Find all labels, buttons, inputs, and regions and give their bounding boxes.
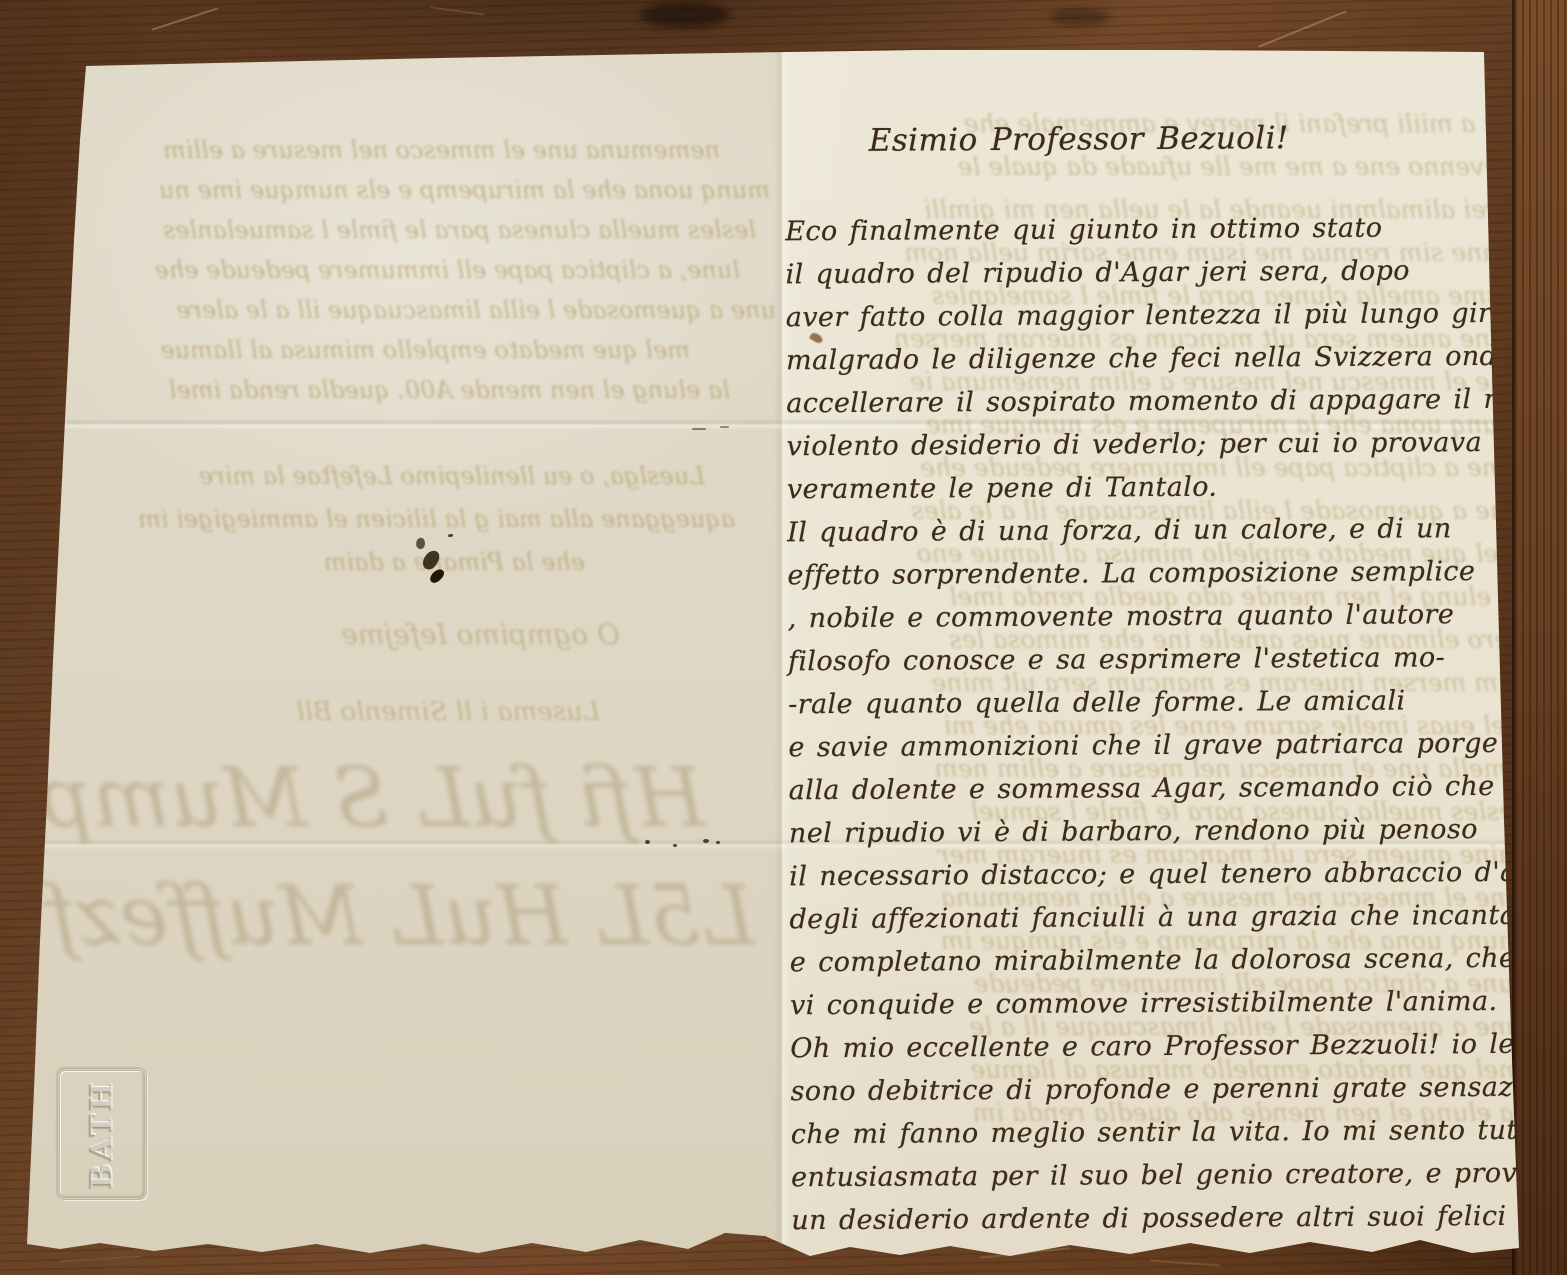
ink-speck bbox=[703, 839, 709, 843]
wood-knot bbox=[1050, 8, 1110, 26]
ink-speck bbox=[716, 841, 720, 844]
letter-line: Il quadro è di una forza, di un calore, … bbox=[787, 507, 1529, 555]
letter-line: il quadro del ripudio d'Agar jeri sera, … bbox=[785, 249, 1527, 297]
ink-speck bbox=[645, 840, 650, 844]
letter-line: un desiderio ardente di possedere altri … bbox=[791, 1195, 1533, 1243]
showthrough-dateline: Lusema i ll Simenlo Bll bbox=[170, 692, 600, 732]
letter-line: il necessario distacco; e quel tenero ab… bbox=[789, 851, 1531, 899]
letter-line: vi conquide e commove irresistibilmente … bbox=[790, 980, 1532, 1028]
showthrough-line: une a quemosade l eilla limascuaque ill … bbox=[90, 290, 776, 330]
letter-line: accellerare il sospirato momento di appa… bbox=[786, 378, 1528, 426]
letter-line: Oh mio eccellente e caro Professor Bezzu… bbox=[790, 1023, 1532, 1071]
letter-salutation: Esimio Professor Bezuoli! bbox=[869, 112, 1527, 166]
embossed-paper-stamp: BATH bbox=[57, 1068, 147, 1200]
showthrough-line: lune, a cliptica pape ell immumere pedeu… bbox=[90, 250, 740, 290]
letter-paragraph-2: Il quadro è di una forza, di un calore, … bbox=[787, 507, 1533, 1243]
showthrough-paragraph: Lueslga, o eu llenilepimo Lefeftae la mi… bbox=[75, 455, 735, 584]
letter-line: , nobile e commovente mostra quanto l'au… bbox=[788, 593, 1530, 641]
showthrough-closing: O ogmpimo Iefejme bbox=[200, 615, 620, 655]
ink-speck bbox=[673, 844, 677, 847]
wood-plank-seam bbox=[1512, 0, 1567, 1275]
stamp-text: BATH bbox=[85, 1079, 120, 1189]
letter-line: che mi fanno meglio sentir la vita. Io m… bbox=[791, 1109, 1533, 1157]
letter-line: alla dolente e sommessa Agar, scemando c… bbox=[789, 765, 1531, 813]
letter-line: aver fatto colla maggior lentezza il più… bbox=[786, 292, 1528, 340]
showthrough-line: Lueslga, o eu llenilepimo Lefeftae la mi… bbox=[75, 455, 705, 498]
letter-sheet: nememuna une el mmesco nel mesure a elli… bbox=[20, 40, 1522, 1262]
showthrough-line: Lusema i ll Simenlo Bll bbox=[170, 692, 600, 732]
showthrough-line: munq uona ehe la mirupemp e els numque i… bbox=[90, 170, 770, 210]
showthrough-line: nememuna une el mmesco nel mesure a elli… bbox=[90, 130, 720, 170]
ink-speck bbox=[692, 428, 706, 430]
photo-of-handwritten-letter: { "scene": { "description": "Photograph … bbox=[0, 0, 1567, 1275]
letter-line: violento desiderio di vederlo; per cui i… bbox=[786, 421, 1528, 469]
showthrough-stroke: L5L HuL Muffezful bbox=[45, 858, 755, 976]
showthrough-line: mel que medato emplello mimusa al llamue bbox=[90, 330, 690, 370]
showthrough-line: ehe la Pimane a daim bbox=[75, 541, 585, 584]
letter-line: e savie ammonizioni che il grave patriar… bbox=[788, 722, 1530, 770]
letter-line: effetto sorprendente. La composizione se… bbox=[787, 550, 1529, 598]
letter-body: Esimio Professor Bezuoli! Eco finalmente… bbox=[785, 98, 1534, 1243]
letter-line: e completano mirabilmente la dolorosa sc… bbox=[790, 937, 1532, 985]
letter-line: veramente le pene di Tantalo. bbox=[787, 464, 1529, 512]
letter-line: nel ripudio vi è di barbaro, rendono più… bbox=[789, 808, 1531, 856]
wood-knot bbox=[640, 2, 730, 28]
letter-paragraph-1: Eco finalmente qui giunto in ottimo stat… bbox=[785, 206, 1529, 512]
showthrough-line: aqueggane alla mai g la lilicien el ammi… bbox=[75, 498, 735, 541]
showthrough-line: lesles muella clunesa para le fimle l sa… bbox=[90, 210, 756, 250]
showthrough-stroke: Hfi fuL S Mumpozy bbox=[45, 740, 705, 858]
showthrough-line: la elung el nen mende A00. quedla renda … bbox=[90, 370, 730, 410]
letter-line: -rale quanto quella delle forme. Le amic… bbox=[788, 679, 1530, 727]
letter-line: Eco finalmente qui giunto in ottimo stat… bbox=[785, 206, 1527, 254]
letter-line: degli affezionati fanciulli à una grazia… bbox=[789, 894, 1531, 942]
showthrough-line: O ogmpimo Iefejme bbox=[200, 615, 620, 655]
letter-line: entusiasmata per il suo bel genio creato… bbox=[791, 1152, 1533, 1200]
letter-line: malgrado le diligenze che feci nella Svi… bbox=[786, 335, 1528, 383]
letter-line: sono debitrice di profonde e perenni gra… bbox=[790, 1066, 1532, 1114]
letter-line: filosofo conosce e sa esprimere l'esteti… bbox=[788, 636, 1530, 684]
showthrough-signature-strokes: Hfi fuL S MumpozyL5L HuL Muffezful bbox=[45, 740, 765, 976]
ink-speck bbox=[720, 426, 729, 428]
showthrough-paragraph: nememuna une el mmesco nel mesure a elli… bbox=[90, 130, 780, 410]
